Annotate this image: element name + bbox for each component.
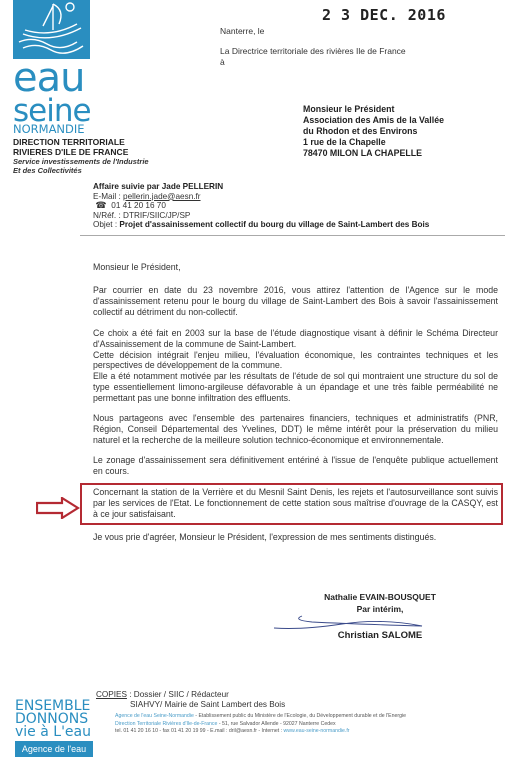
- footer-website-link[interactable]: www.eau-seine-normandie.fr: [283, 728, 349, 734]
- paragraph-5-highlighted: Concernant la station de la Verrière et …: [93, 487, 498, 519]
- recipient-line: 1 rue de la Chapelle: [303, 137, 444, 148]
- paragraph-1: Par courrier en date du 23 novembre 2016…: [93, 285, 498, 317]
- sender-line: La Directrice territoriale des rivières …: [220, 46, 406, 56]
- paragraph-2a: Ce choix a été fait en 2003 sur la base …: [93, 328, 498, 350]
- copies-line-1: : Dossier / SIIC / Rédacteur: [129, 690, 229, 699]
- footer-info: Agence de l'eau Seine-Normandie - Etabli…: [115, 713, 406, 736]
- agency-badge: Agence de l'eau: [15, 741, 93, 757]
- agency-logo-boat: [13, 0, 90, 59]
- slogan-line: vie à L'eau: [15, 726, 91, 739]
- phone-icon: ☎: [93, 201, 109, 211]
- object-value: Projet d'assainissement collectif du bou…: [119, 220, 429, 229]
- paragraph-3: Nous partageons avec l'ensemble des part…: [93, 413, 498, 445]
- arrow-right-icon: [36, 497, 80, 519]
- recipient-address: Monsieur le Président Association des Am…: [303, 104, 444, 159]
- place-label: Nanterre, le: [220, 26, 264, 36]
- service-line-1: Service investissements de l'Industrie: [13, 157, 149, 166]
- recipient-line: du Rhodon et des Environs: [303, 126, 444, 137]
- followed-by: Affaire suivie par Jade PELLERIN: [93, 182, 223, 191]
- closing: Je vous prie d'agréer, Monsieur le Prési…: [93, 532, 498, 543]
- ref-value: DTRIF/SIIC/JP/SP: [123, 211, 190, 220]
- phone-number: 01 41 20 16 70: [111, 201, 166, 210]
- copies-line-2: SIAHVY/ Mairie de Saint Lambert des Bois: [96, 700, 285, 710]
- service-line-2: Et des Collectivités: [13, 166, 82, 175]
- recipient-line: Monsieur le Président: [303, 104, 444, 115]
- direction-line-2: RIVIERES D'ILE DE FRANCE: [13, 147, 128, 157]
- logo-eau: eau: [13, 58, 84, 98]
- footer-direction-name: Direction Territoriale Rivières d'Ile-de…: [115, 721, 217, 727]
- footer-line-2: - 51, rue Salvador Allende - 92027 Nante…: [217, 721, 335, 727]
- boat-icon: [13, 0, 90, 59]
- divider: [80, 235, 505, 236]
- object-label: Objet :: [93, 220, 117, 229]
- signer-name: Christian SALOME: [300, 630, 460, 641]
- slogan-logo: ENSEMBLE DONNONS vie à L'eau: [15, 700, 91, 739]
- footer-line-1: - Etablissement public du Ministère de l…: [194, 713, 406, 719]
- signatory-name: Nathalie EVAIN-BOUSQUET: [300, 592, 460, 602]
- date-stamp: 2 3 DEC. 2016: [322, 6, 446, 24]
- direction-line-1: DIRECTION TERRITORIALE: [13, 137, 125, 147]
- salutation: Monsieur le Président,: [93, 262, 498, 273]
- reference-block: Affaire suivie par Jade PELLERIN E-Mail …: [93, 182, 429, 230]
- copies-label: COPIES: [96, 690, 127, 699]
- paragraph-2: Ce choix a été fait en 2003 sur la base …: [93, 328, 498, 404]
- recipient-line: 78470 MILON LA CHAPELLE: [303, 148, 444, 159]
- copies-block: COPIES : Dossier / SIIC / Rédacteur SIAH…: [96, 690, 285, 710]
- footer-agency-name: Agence de l'eau Seine-Normandie: [115, 713, 194, 719]
- recipient-line: Association des Amis de la Vallée: [303, 115, 444, 126]
- paragraph-2b: Cette décision intégrait l'enjeu milieu,…: [93, 350, 498, 372]
- footer-contact: tel. 01 41 20 16 10 - fax 01 41 20 19 99…: [115, 728, 283, 734]
- paragraph-4: Le zonage d'assainissement sera définiti…: [93, 455, 498, 477]
- paragraph-2c: Elle a été notamment motivée par les rés…: [93, 371, 498, 403]
- email-link[interactable]: pellerin.jade@aesn.fr: [123, 192, 201, 201]
- to-prefix: à: [220, 57, 225, 67]
- logo-normandie: NORMANDIE: [13, 124, 85, 136]
- ref-label: N/Réf. :: [93, 211, 121, 220]
